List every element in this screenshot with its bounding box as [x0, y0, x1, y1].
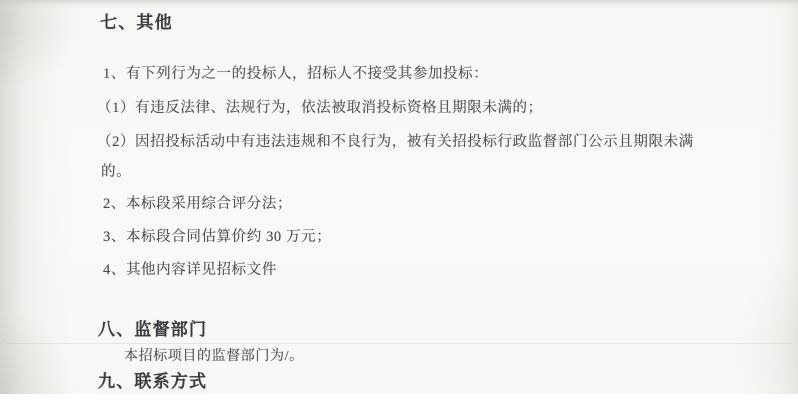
section-7-item-3: 3、本标段合同估算价约 30 万元；	[103, 225, 331, 246]
section-7-heading: 七、其他	[100, 8, 173, 33]
scan-artifact-streak	[6, 343, 792, 344]
section-7-item-2: 2、本标段采用综合评分法；	[103, 192, 292, 213]
section-7-item-1: 1、有下列行为之一的投标人，招标人不接受其参加投标：	[103, 62, 488, 83]
section-7-item-1-sub-1: （1）有违反法律、法规行为，依法被取消投标资格且期限未满的；	[97, 96, 543, 117]
section-8-heading: 八、监督部门	[98, 315, 207, 340]
section-7-item-4: 4、其他内容详见招标文件	[103, 258, 277, 279]
scan-bottom-edge	[0, 394, 798, 410]
section-8-body: 本招标项目的监督部门为/。	[124, 345, 304, 365]
scanned-document-page: 七、其他 1、有下列行为之一的投标人，招标人不接受其参加投标： （1）有违反法律…	[0, 0, 798, 410]
section-9-heading: 九、联系方式	[98, 367, 207, 392]
section-7-item-1-sub-2-wrap: 的。	[101, 160, 131, 181]
section-7-item-1-sub-2: （2）因招投标活动中有违法违规和不良行为，被有关招投标行政监督部门公示且期限未满	[97, 130, 694, 151]
